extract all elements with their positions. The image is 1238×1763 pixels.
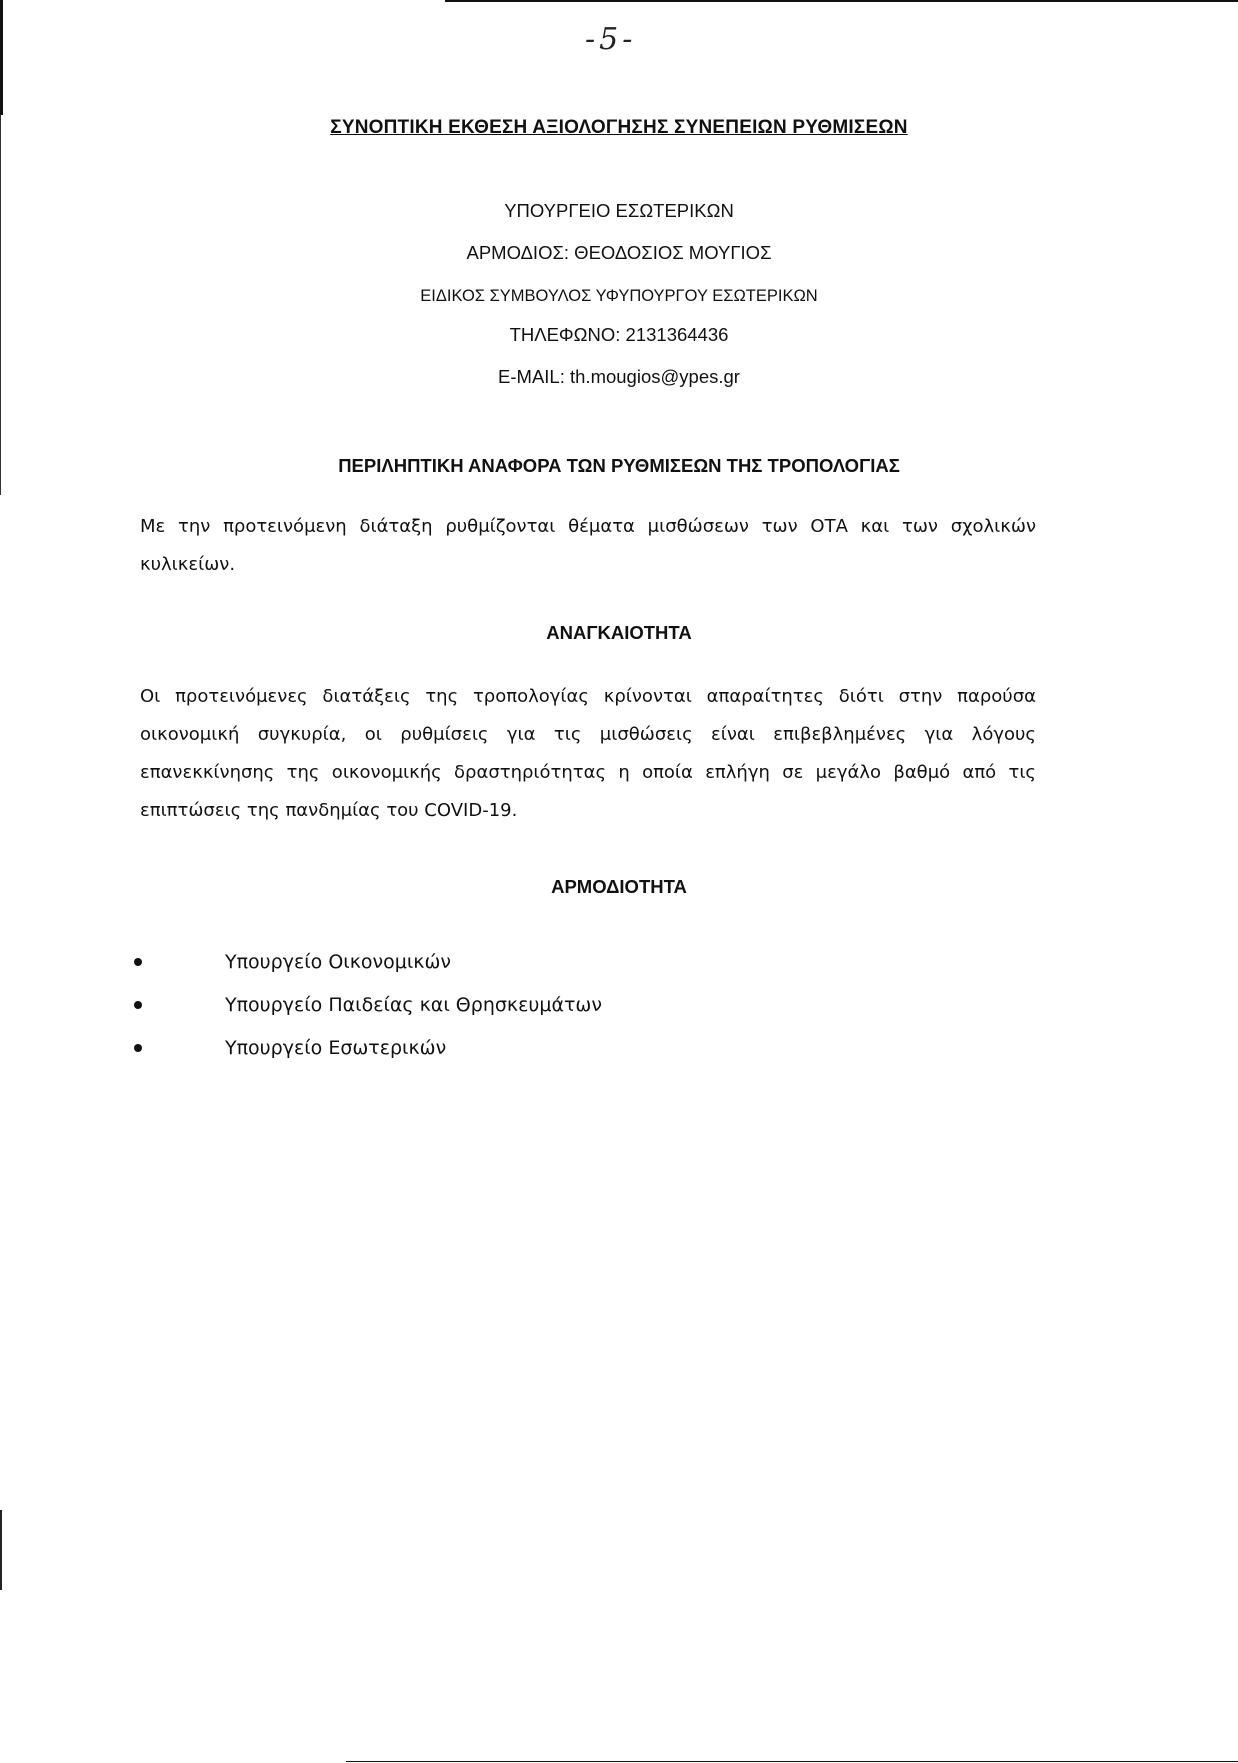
list-item-label: Υπουργείο Οικονομικών xyxy=(225,951,451,973)
responsible-person: ΑΡΜΟΔΙΟΣ: ΘΕΟΔΟΣΙΟΣ ΜΟΥΓΙΟΣ xyxy=(0,242,1238,264)
summary-paragraph: Με την προτεινόμενη διάταξη ρυθμίζονται … xyxy=(140,508,1036,584)
bullet-icon xyxy=(134,1001,142,1009)
list-item: Υπουργείο Παιδείας και Θρησκευμάτων xyxy=(134,983,602,1026)
list-item: Υπουργείο Εσωτερικών xyxy=(134,1026,602,1069)
email-address: E-MAIL: th.mougios@ypes.gr xyxy=(0,366,1238,388)
list-item-label: Υπουργείο Εσωτερικών xyxy=(225,1037,446,1059)
document-title: ΣΥΝΟΠΤΙΚΗ ΕΚΘΕΣΗ ΑΞΙΟΛΟΓΗΣΗΣ ΣΥΝΕΠΕΙΩΝ Ρ… xyxy=(0,117,1238,139)
bullet-icon xyxy=(134,958,142,966)
scan-left-edge xyxy=(0,0,3,115)
handwritten-page-number: -5- xyxy=(585,22,636,57)
phone-number: ΤΗΛΕΦΩΝΟ: 2131364436 xyxy=(0,324,1238,346)
summary-heading: ΠΕΡΙΛΗΠΤΙΚΗ ΑΝΑΦΟΡΑ ΤΩΝ ΡΥΘΜΙΣΕΩΝ ΤΗΣ ΤΡ… xyxy=(0,455,1238,477)
necessity-paragraph: Οι προτεινόμενες διατάξεις της τροπολογί… xyxy=(140,678,1036,830)
scan-left-edge-bottom xyxy=(0,1510,2,1590)
person-role: ΕΙΔΙΚΟΣ ΣΥΜΒΟΥΛΟΣ ΥΦΥΠΟΥΡΓΟΥ ΕΣΩΤΕΡΙΚΩΝ xyxy=(0,287,1238,306)
scan-bottom-rule xyxy=(346,1761,1238,1762)
bullet-icon xyxy=(134,1044,142,1052)
competence-heading: ΑΡΜΟΔΙΟΤΗΤΑ xyxy=(0,876,1238,898)
list-item-label: Υπουργείο Παιδείας και Θρησκευμάτων xyxy=(225,994,602,1016)
list-item: Υπουργείο Οικονομικών xyxy=(134,940,602,983)
ministry-name: ΥΠΟΥΡΓΕΙΟ ΕΣΩΤΕΡΙΚΩΝ xyxy=(0,200,1238,222)
necessity-heading: ΑΝΑΓΚΑΙΟΤΗΤΑ xyxy=(0,622,1238,644)
scan-top-rule xyxy=(445,0,1238,2)
competent-ministries-list: Υπουργείο Οικονομικών Υπουργείο Παιδείας… xyxy=(134,940,602,1069)
